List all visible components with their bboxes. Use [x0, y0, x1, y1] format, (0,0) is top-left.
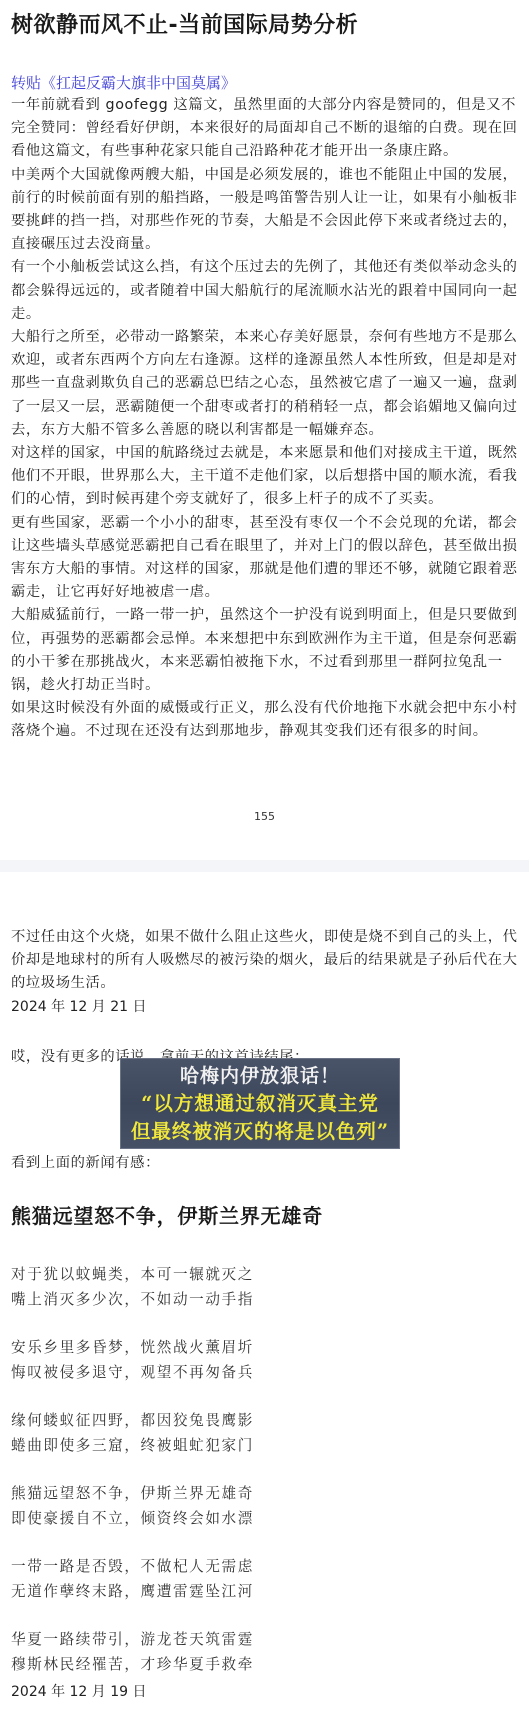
paragraph: 一年前就看到 goofegg 这篇文，虽然里面的大部分内容是赞同的，但是又不完全… [11, 94, 521, 164]
date-stamp: 2024 年 12 月 19 日 [11, 1681, 147, 1701]
poem-line: 安乐乡里多昏梦，恍然战火薰眉圻 [11, 1335, 254, 1360]
poem-stanza: 一带一路是否毁，不做杞人无需虑 无道作孽终末路，鹰遭雷霆坠江河 [11, 1554, 254, 1604]
poem-line: 无道作孽终末路，鹰遭雷霆坠江河 [11, 1579, 254, 1604]
news-quote-line: “以方想通过叙消灭真主党 [121, 1090, 399, 1118]
article-title: 树欲静而风不止-当前国际局势分析 [11, 8, 358, 39]
document-page-156: 不过任由这个火烧，如果不做什么阻止这些火，即使是烧不到自己的头上，代价却是地球村… [0, 872, 529, 1711]
poem-line: 一带一路是否毁，不做杞人无需虑 [11, 1554, 254, 1579]
paragraph: 大船威猛前行，一路一带一护，虽然这个一护没有说到明面上，但是只要做到位，再强势的… [11, 604, 521, 697]
paragraph: 中美两个大国就像两艘大船，中国是必须发展的，谁也不能阻止中国的发展，前行的时候前… [11, 164, 521, 257]
poem-line: 对于犹以蚊蝇类，本可一辗就灭之 [11, 1262, 254, 1287]
news-headline-image: 哈梅内伊放狠话！ “以方想通过叙消灭真主党 但最终被消灭的将是以色列” [120, 1058, 400, 1149]
poem-line: 华夏一路续带引，游龙苍天筑雷霆 [11, 1627, 254, 1652]
poem-stanza: 华夏一路续带引，游龙苍天筑雷霆 穆斯林民经罹苦，才珍华夏手救牵 [11, 1627, 254, 1677]
paragraph: 不过任由这个火烧，如果不做什么阻止这些火，即使是烧不到自己的头上，代价却是地球村… [11, 926, 521, 996]
news-headline-line: 哈梅内伊放狠话！ [121, 1062, 399, 1090]
poem-line: 缘何蝼蚁征四野，都因狡兔畏鹰影 [11, 1408, 254, 1433]
repost-link[interactable]: 转贴《扛起反霸大旗非中国莫属》 [11, 72, 236, 93]
poem-line: 即使豪援自不立，倾资终会如水漂 [11, 1506, 254, 1531]
poem-stanza: 对于犹以蚊蝇类，本可一辗就灭之 嘴上消灭多少次，不如动一动手指 [11, 1262, 254, 1312]
caption-text: 看到上面的新闻有感： [11, 1152, 160, 1172]
poem-stanza: 缘何蝼蚁征四野，都因狡兔畏鹰影 蜷曲即使多三窟，终被蛆虻犯家门 [11, 1408, 254, 1458]
paragraph: 有一个小舢板尝试这么挡，有这个压过去的先例了，其他还有类似举动念头的都会躲得远远… [11, 256, 521, 326]
poem-title: 熊猫远望怒不争，伊斯兰界无雄奇 [11, 1200, 323, 1229]
date-stamp: 2024 年 12 月 21 日 [11, 996, 147, 1016]
poem-line: 蜷曲即使多三窟，终被蛆虻犯家门 [11, 1433, 254, 1458]
document-page-155: 树欲静而风不止-当前国际局势分析 转贴《扛起反霸大旗非中国莫属》 一年前就看到 … [0, 0, 529, 860]
poem-line: 穆斯林民经罹苦，才珍华夏手救牵 [11, 1652, 254, 1677]
news-quote-line: 但最终被消灭的将是以色列” [121, 1118, 399, 1146]
paragraph: 如果这时候没有外面的威慑或行正义，那么没有代价地拖下水就会把中东小村落烧个遍。不… [11, 697, 521, 743]
paragraph: 对这样的国家，中国的航路绕过去就是，本来愿景和他们对接成主干道，既然他们不开眼，… [11, 442, 521, 512]
poem-body: 对于犹以蚊蝇类，本可一辗就灭之 嘴上消灭多少次，不如动一动手指 安乐乡里多昏梦，… [11, 1262, 254, 1700]
poem-stanza: 熊猫远望怒不争，伊斯兰界无雄奇 即使豪援自不立，倾资终会如水漂 [11, 1481, 254, 1531]
poem-line: 嘴上消灭多少次，不如动一动手指 [11, 1287, 254, 1312]
paragraph: 大船行之所至，必带动一路繁荣，本来心存美好愿景，奈何有些地方不是那么欢迎，或者东… [11, 326, 521, 442]
paragraph: 更有些国家，恶霸一个小小的甜枣，甚至没有枣仅一个不会兑现的允诺，都会让这些墙头草… [11, 512, 521, 605]
article-body: 一年前就看到 goofegg 这篇文，虽然里面的大部分内容是赞同的，但是又不完全… [11, 94, 521, 744]
page-number: 155 [0, 810, 529, 823]
poem-line: 悔叹被侵多退守，观望不再匆备兵 [11, 1360, 254, 1385]
page-break [0, 860, 529, 872]
poem-stanza: 安乐乡里多昏梦，恍然战火薰眉圻 悔叹被侵多退守，观望不再匆备兵 [11, 1335, 254, 1385]
poem-line: 熊猫远望怒不争，伊斯兰界无雄奇 [11, 1481, 254, 1506]
